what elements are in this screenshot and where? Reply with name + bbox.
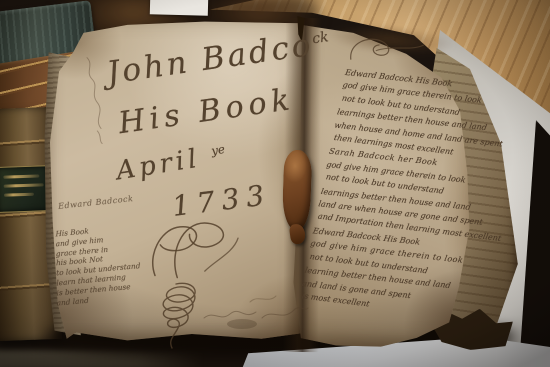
white-paper-label — [150, 0, 208, 16]
small-verse-inscription: His Bookand give himgrace there inhis bo… — [55, 223, 134, 308]
photo-antique-manuscript-book: John Badcock His Book April ye 1733 Edwa… — [0, 0, 550, 367]
spine-title-label — [0, 165, 50, 213]
gilt-title-line — [4, 183, 44, 187]
faint-scribbles — [200, 288, 310, 334]
gilt-title-line — [3, 174, 39, 178]
month-superscript: ye — [210, 142, 226, 158]
owner-name-superscript: ck — [311, 29, 329, 47]
pen-spiral-doodle — [146, 278, 208, 352]
pen-monogram-flourish — [142, 216, 245, 286]
gilt-title-line — [4, 193, 34, 197]
